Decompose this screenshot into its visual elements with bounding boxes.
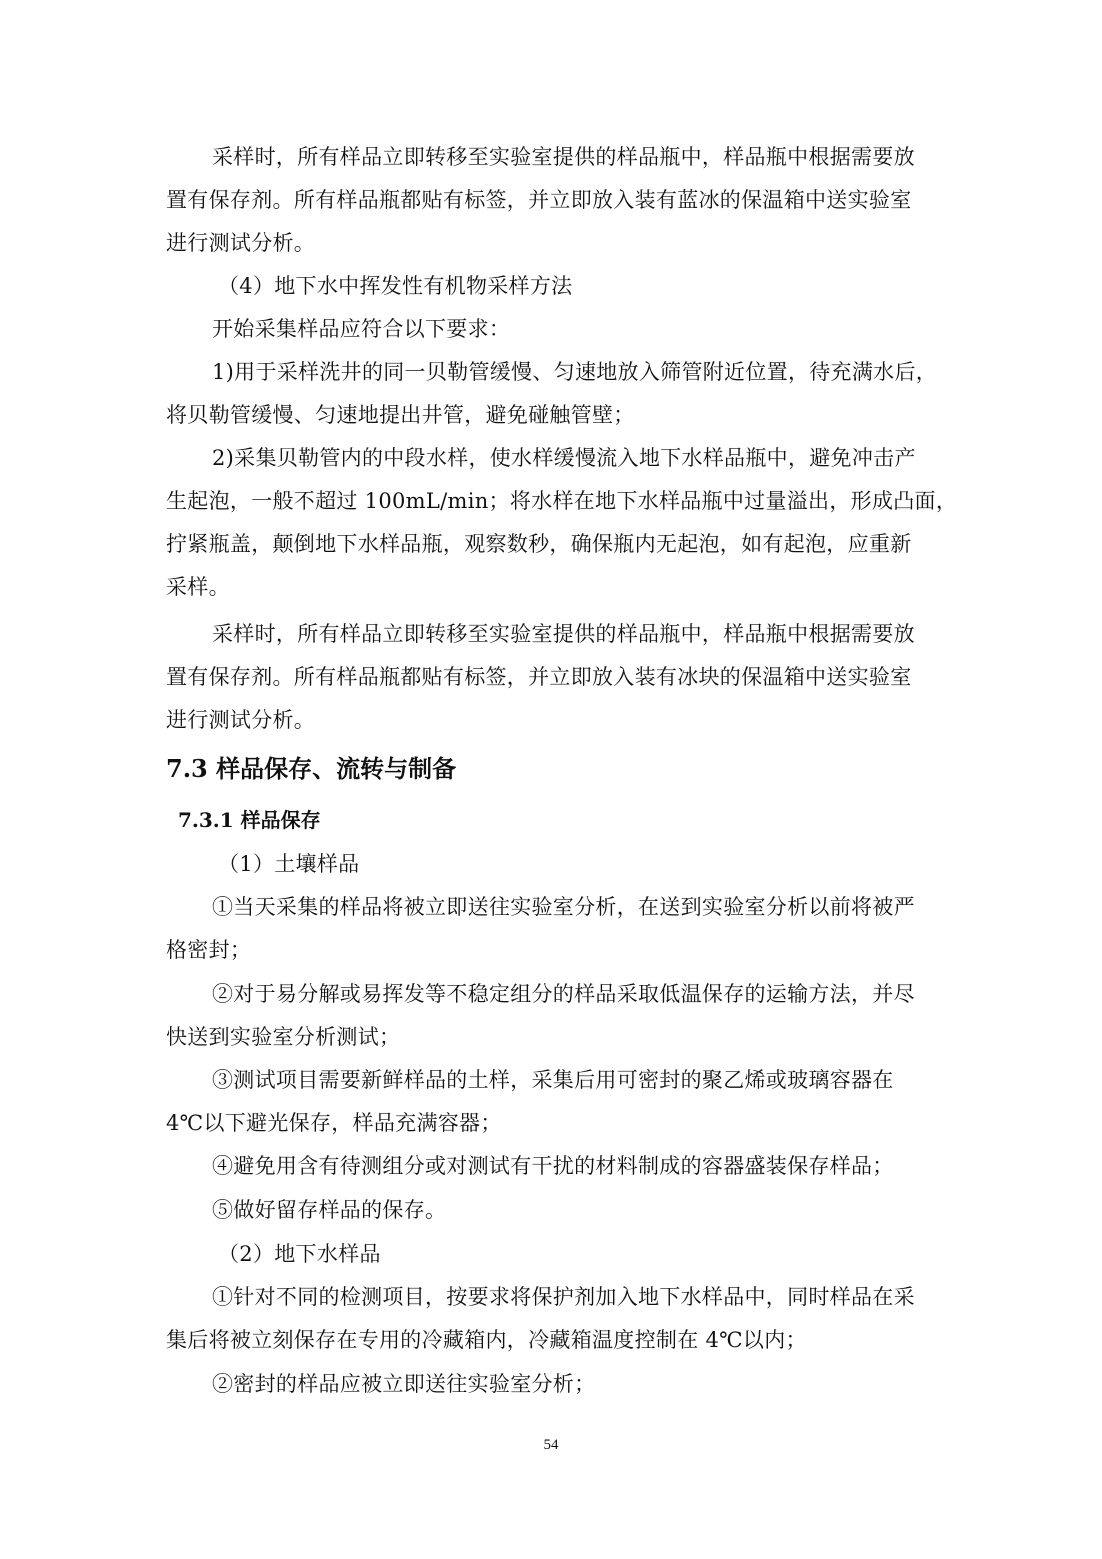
- paragraph-line: 进行测试分析。: [166, 229, 315, 257]
- list-item-line: 生起泡，一般不超过 100mL/min；将水样在地下水样品瓶中过量溢出，形成凸面…: [166, 487, 957, 515]
- paragraph-line: 采样时，所有样品立即转移至实验室提供的样品瓶中，样品瓶中根据需要放: [212, 143, 915, 171]
- paragraph-line: 进行测试分析。: [166, 706, 315, 734]
- list-item-line: ④避免用含有待测组分或对测试有干扰的材料制成的容器盛装保存样品；: [212, 1152, 894, 1180]
- list-item-line: 4℃以下避光保存，样品充满容器；: [166, 1109, 502, 1137]
- subsection-title: （4）地下水中挥发性有机物采样方法: [218, 272, 572, 300]
- subsection-title: （2）地下水样品: [218, 1240, 381, 1268]
- list-item-line: 格密封；: [166, 936, 251, 964]
- page-number: 54: [0, 1437, 1102, 1454]
- paragraph-line: 开始采集样品应符合以下要求：: [212, 315, 510, 343]
- list-item-line: ⑤做好留存样品的保存。: [212, 1196, 446, 1224]
- list-item-line: ③测试项目需要新鲜样品的土样，采集后用可密封的聚乙烯或玻璃容器在: [212, 1066, 894, 1094]
- list-item-line: ②密封的样品应被立即送往实验室分析；: [212, 1370, 595, 1398]
- section-heading: 7.3 样品保存、流转与制备: [166, 753, 456, 785]
- list-item-line: 2)采集贝勒管内的中段水样，使水样缓慢流入地下水样品瓶中，避免冲击产: [212, 444, 916, 472]
- list-item-line: 将贝勒管缓慢、匀速地提出井管，避免碰触管壁；: [166, 401, 635, 429]
- list-item-line: 拧紧瓶盖，颠倒地下水样品瓶，观察数秒，确保瓶内无起泡，如有起泡，应重新: [166, 530, 912, 558]
- paragraph-line: 置有保存剂。所有样品瓶都贴有标签，并立即放入装有冰块的保温箱中送实验室: [166, 663, 912, 691]
- subsection-heading: 7.3.1 样品保存: [178, 806, 321, 834]
- list-item-line: ②对于易分解或易挥发等不稳定组分的样品采取低温保存的运输方法，并尽: [212, 980, 915, 1008]
- list-item-line: 快送到实验室分析测试；: [166, 1023, 400, 1051]
- list-item-line: 集后将被立刻保存在专用的冷藏箱内，冷藏箱温度控制在 4℃以内；: [166, 1326, 807, 1354]
- paragraph-line: 采样时，所有样品立即转移至实验室提供的样品瓶中，样品瓶中根据需要放: [212, 620, 915, 648]
- list-item-line: 采样。: [166, 573, 230, 601]
- list-item-line: 1)用于采样洗井的同一贝勒管缓慢、匀速地放入筛管附近位置，待充满水后，: [212, 358, 937, 386]
- paragraph-line: 置有保存剂。所有样品瓶都贴有标签，并立即放入装有蓝冰的保温箱中送实验室: [166, 186, 912, 214]
- subsection-title: （1）土壤样品: [218, 850, 359, 878]
- list-item-line: ①针对不同的检测项目，按要求将保护剂加入地下水样品中，同时样品在采: [212, 1283, 915, 1311]
- list-item-line: ①当天采集的样品将被立即送往实验室分析，在送到实验室分析以前将被严: [212, 893, 915, 921]
